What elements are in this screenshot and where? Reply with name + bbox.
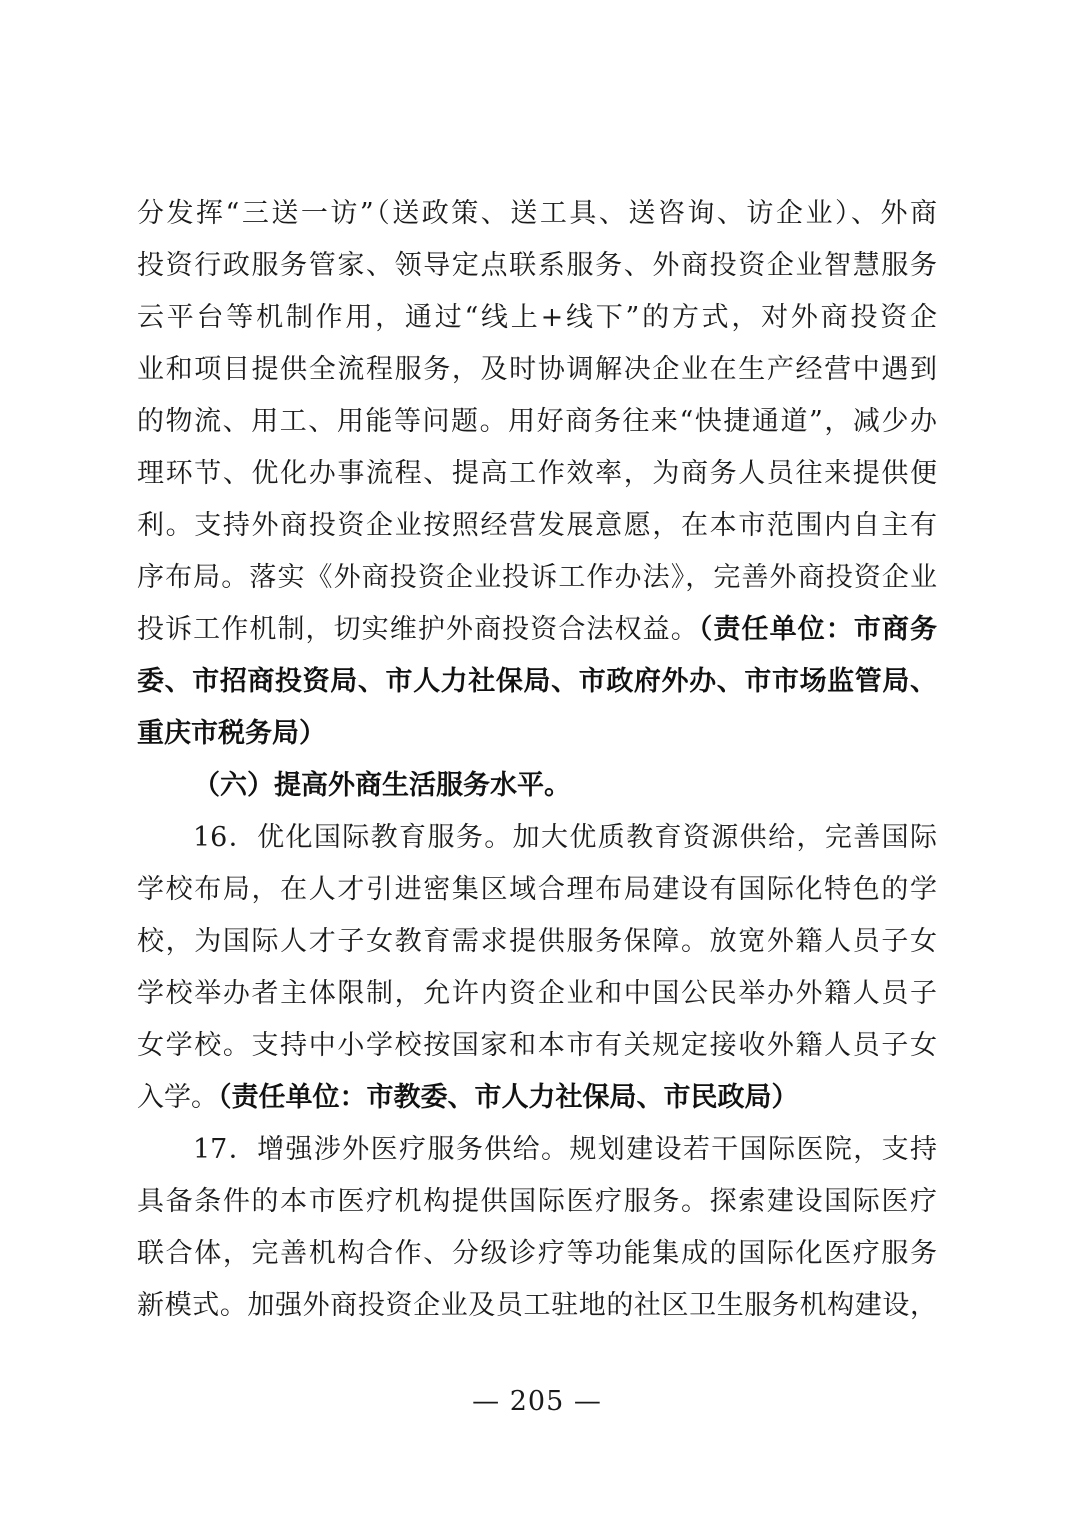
- text-line: 利。支持外商投资企业按照经营发展意愿，在本市范围内自主有: [137, 500, 937, 552]
- text-line: 17．增强涉外医疗服务供给。规划建设若干国际医院，支持: [137, 1124, 937, 1176]
- page-footer: — 205 —: [0, 1386, 1074, 1418]
- document-page: 分发挥“三送一访”（送政策、送工具、送咨询、访企业）、外商 投资行政服务管家、领…: [0, 0, 1074, 1520]
- text-line: 女学校。支持中小学校按国家和本市有关规定接收外籍人员子女: [137, 1020, 937, 1072]
- text-line: 投诉工作机制，切实维护外商投资合法权益。（责任单位：市商务: [137, 604, 937, 656]
- line-text: 利。支持外商投资企业按照经营发展意愿，在本市范围内自主有: [137, 510, 937, 541]
- line-bold-text: （责任单位：市教委、市人力社保局、市民政局）: [218, 1082, 799, 1113]
- line-text: 入学。: [137, 1082, 218, 1113]
- document-body: 分发挥“三送一访”（送政策、送工具、送咨询、访企业）、外商 投资行政服务管家、领…: [137, 188, 937, 1332]
- line-text: 联合体，完善机构合作、分级诊疗等功能集成的国际化医疗服务: [137, 1238, 937, 1269]
- line-text: 分发挥“三送一访”（送政策、送工具、送咨询、访企业）、外商: [137, 198, 937, 229]
- text-line: 重庆市税务局）: [137, 708, 937, 760]
- text-line: 学校布局，在人才引进密集区域合理布局建设有国际化特色的学: [137, 864, 937, 916]
- page-number: — 205 —: [472, 1386, 602, 1417]
- line-text: 新模式。加强外商投资企业及员工驻地的社区卫生服务机构建设，: [137, 1290, 937, 1321]
- line-text: 投资行政服务管家、领导定点联系服务、外商投资企业智慧服务: [137, 250, 937, 281]
- line-bold-text: 委、市招商投资局、市人力社保局、市政府外办、市市场监管局、: [137, 666, 937, 697]
- line-bold-text: （六）提高外商生活服务水平。: [193, 770, 571, 801]
- text-line: 入学。（责任单位：市教委、市人力社保局、市民政局）: [137, 1072, 937, 1124]
- line-text: 业和项目提供全流程服务，及时协调解决企业在生产经营中遇到: [137, 354, 937, 385]
- line-text: 投诉工作机制，切实维护外商投资合法权益。: [137, 614, 699, 645]
- text-line: 新模式。加强外商投资企业及员工驻地的社区卫生服务机构建设，: [137, 1280, 937, 1332]
- text-line: 联合体，完善机构合作、分级诊疗等功能集成的国际化医疗服务: [137, 1228, 937, 1280]
- text-line: 委、市招商投资局、市人力社保局、市政府外办、市市场监管局、: [137, 656, 937, 708]
- text-line: 16．优化国际教育服务。加大优质教育资源供给，完善国际: [137, 812, 937, 864]
- text-line: 分发挥“三送一访”（送政策、送工具、送咨询、访企业）、外商: [137, 188, 937, 240]
- line-text: 学校举办者主体限制，允许内资企业和中国公民举办外籍人员子: [137, 978, 937, 1009]
- text-line: 投资行政服务管家、领导定点联系服务、外商投资企业智慧服务: [137, 240, 937, 292]
- text-line: 业和项目提供全流程服务，及时协调解决企业在生产经营中遇到: [137, 344, 937, 396]
- line-text: 理环节、优化办事流程、提高工作效率，为商务人员往来提供便: [137, 458, 937, 489]
- text-line: 序布局。落实《外商投资企业投诉工作办法》，完善外商投资企业: [137, 552, 937, 604]
- line-text: 校，为国际人才子女教育需求提供服务保障。放宽外籍人员子女: [137, 926, 937, 957]
- line-text: 17．增强涉外医疗服务供给。规划建设若干国际医院，支持: [193, 1134, 937, 1165]
- text-line: 学校举办者主体限制，允许内资企业和中国公民举办外籍人员子: [137, 968, 937, 1020]
- line-text: 16．优化国际教育服务。加大优质教育资源供给，完善国际: [193, 822, 937, 853]
- text-line: 的物流、用工、用能等问题。用好商务往来“快捷通道”，减少办: [137, 396, 937, 448]
- text-line: 校，为国际人才子女教育需求提供服务保障。放宽外籍人员子女: [137, 916, 937, 968]
- text-line: 具备条件的本市医疗机构提供国际医疗服务。探索建设国际医疗: [137, 1176, 937, 1228]
- section-heading: （六）提高外商生活服务水平。: [137, 760, 937, 812]
- line-text: 学校布局，在人才引进密集区域合理布局建设有国际化特色的学: [137, 874, 937, 905]
- line-text: 序布局。落实《外商投资企业投诉工作办法》，完善外商投资企业: [137, 562, 937, 593]
- line-bold-text: 重庆市税务局）: [137, 718, 326, 749]
- line-bold-text: （责任单位：市商务: [699, 614, 937, 645]
- text-line: 理环节、优化办事流程、提高工作效率，为商务人员往来提供便: [137, 448, 937, 500]
- text-line: 云平台等机制作用，通过“线上+线下”的方式，对外商投资企: [137, 292, 937, 344]
- line-text: 女学校。支持中小学校按国家和本市有关规定接收外籍人员子女: [137, 1030, 937, 1061]
- line-text: 云平台等机制作用，通过“线上+线下”的方式，对外商投资企: [137, 302, 937, 333]
- line-text: 的物流、用工、用能等问题。用好商务往来“快捷通道”，减少办: [137, 406, 937, 437]
- line-text: 具备条件的本市医疗机构提供国际医疗服务。探索建设国际医疗: [137, 1186, 937, 1217]
